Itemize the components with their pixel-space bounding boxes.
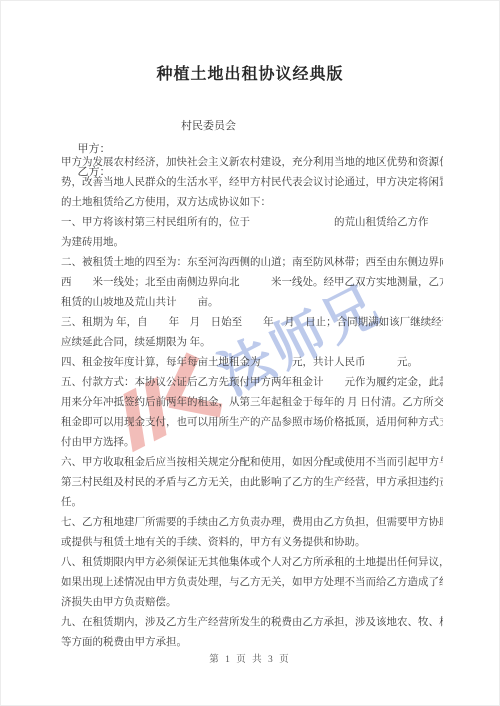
party-a-value: 村民委员会	[181, 115, 236, 138]
page-title: 种植土地出租协议经典版	[1, 61, 499, 84]
body-line: 五、付款方式：本协议公证后乙方先预付甲方两年租金计 元作为履约定金，此款先	[61, 373, 443, 393]
body-line: 租金即可以用现金支付，也可以用所生产的产品参照市场价格抵顶，适用何种方式支	[61, 413, 443, 433]
body-line: 势，改善当地人民群众的生活水平，经甲方村民代表会议讨论通过，甲方决定将闲置	[61, 173, 443, 193]
body-line: 六、甲方收取租金后应当按相关规定分配和使用，如因分配或使用不当而引起甲方与	[61, 453, 443, 473]
body-line: 八、租赁期限内甲方必须保证无其他集体或个人对乙方所承租的土地提出任何异议，	[61, 553, 443, 573]
body-line: 甲方为发展农村经济，加快社会主义新农村建设，充分利用当地的地区优势和资源优	[61, 153, 443, 173]
body-line: 的土地租赁给乙方使用，双方达成协议如下：	[61, 193, 443, 213]
body-line: 应续延此合同，续延期限为 年。	[61, 333, 443, 353]
body-line: 七、乙方租地建厂所需要的手续由乙方负责办理，费用由乙方负担，但需要甲方协助	[61, 513, 443, 533]
body-line: 如果出现上述情况由甲方负责处理，与乙方无关，如甲方处理不当而给乙方造成了经	[61, 573, 443, 593]
document-page: 法师兄 种植土地出租协议经典版 甲方： 村民委员会 乙方： 甲方为发展农村经济，…	[0, 0, 500, 706]
body-line: 租赁的山坡地及荒山共计 亩。	[61, 293, 443, 313]
body-line: 等方面的税费由甲方承担。	[61, 633, 443, 653]
body-line: 或提供与租赁土地有关的手续、资料的，甲方有义务提供和协助。	[61, 533, 443, 553]
body-line: 四、租金按年度计算，每年每亩土地租金为 元，共计人民币 元。	[61, 353, 443, 373]
body-line: 九、在租赁期内，涉及乙方生产经营所发生的税费由乙方承担，涉及该地农、牧、林	[61, 613, 443, 633]
body-line: 西 米一线处；北至由南侧边界向北 米一线处。经甲乙双方实地测量，乙方	[61, 273, 443, 293]
body-line: 任。	[61, 493, 443, 513]
party-a-line: 甲方： 村民委员会	[61, 115, 441, 138]
body-line: 用来分年冲抵签约后前两年的租金，从第三年起租金于每年的 月 日付清。乙方所交	[61, 393, 443, 413]
body-line: 二、被租赁土地的四至为：东至河沟西侧的山道；南至防风林带；西至由东侧边界向	[61, 253, 443, 273]
body-line: 付由甲方选择。	[61, 433, 443, 453]
body-line: 济损失由甲方负责赔偿。	[61, 593, 443, 613]
body-line: 一、甲方将该村第三村民组所有的，位于 的荒山租赁给乙方作	[61, 213, 443, 233]
body-paragraph-lines: 甲方为发展农村经济，加快社会主义新农村建设，充分利用当地的地区优势和资源优势，改…	[61, 153, 443, 653]
body-line: 为建砖用地。	[61, 233, 443, 253]
body-line: 三、租期为 年，自 年 月 日始至 年 月 日止；合同期满如该厂继续经营，	[61, 313, 443, 333]
page-number-footer: 第 1 页 共 3 页	[1, 651, 499, 665]
body-line: 第三村民组及村民的矛盾与乙方无关，由此影响了乙方的生产经营，甲方承担违约责	[61, 473, 443, 493]
